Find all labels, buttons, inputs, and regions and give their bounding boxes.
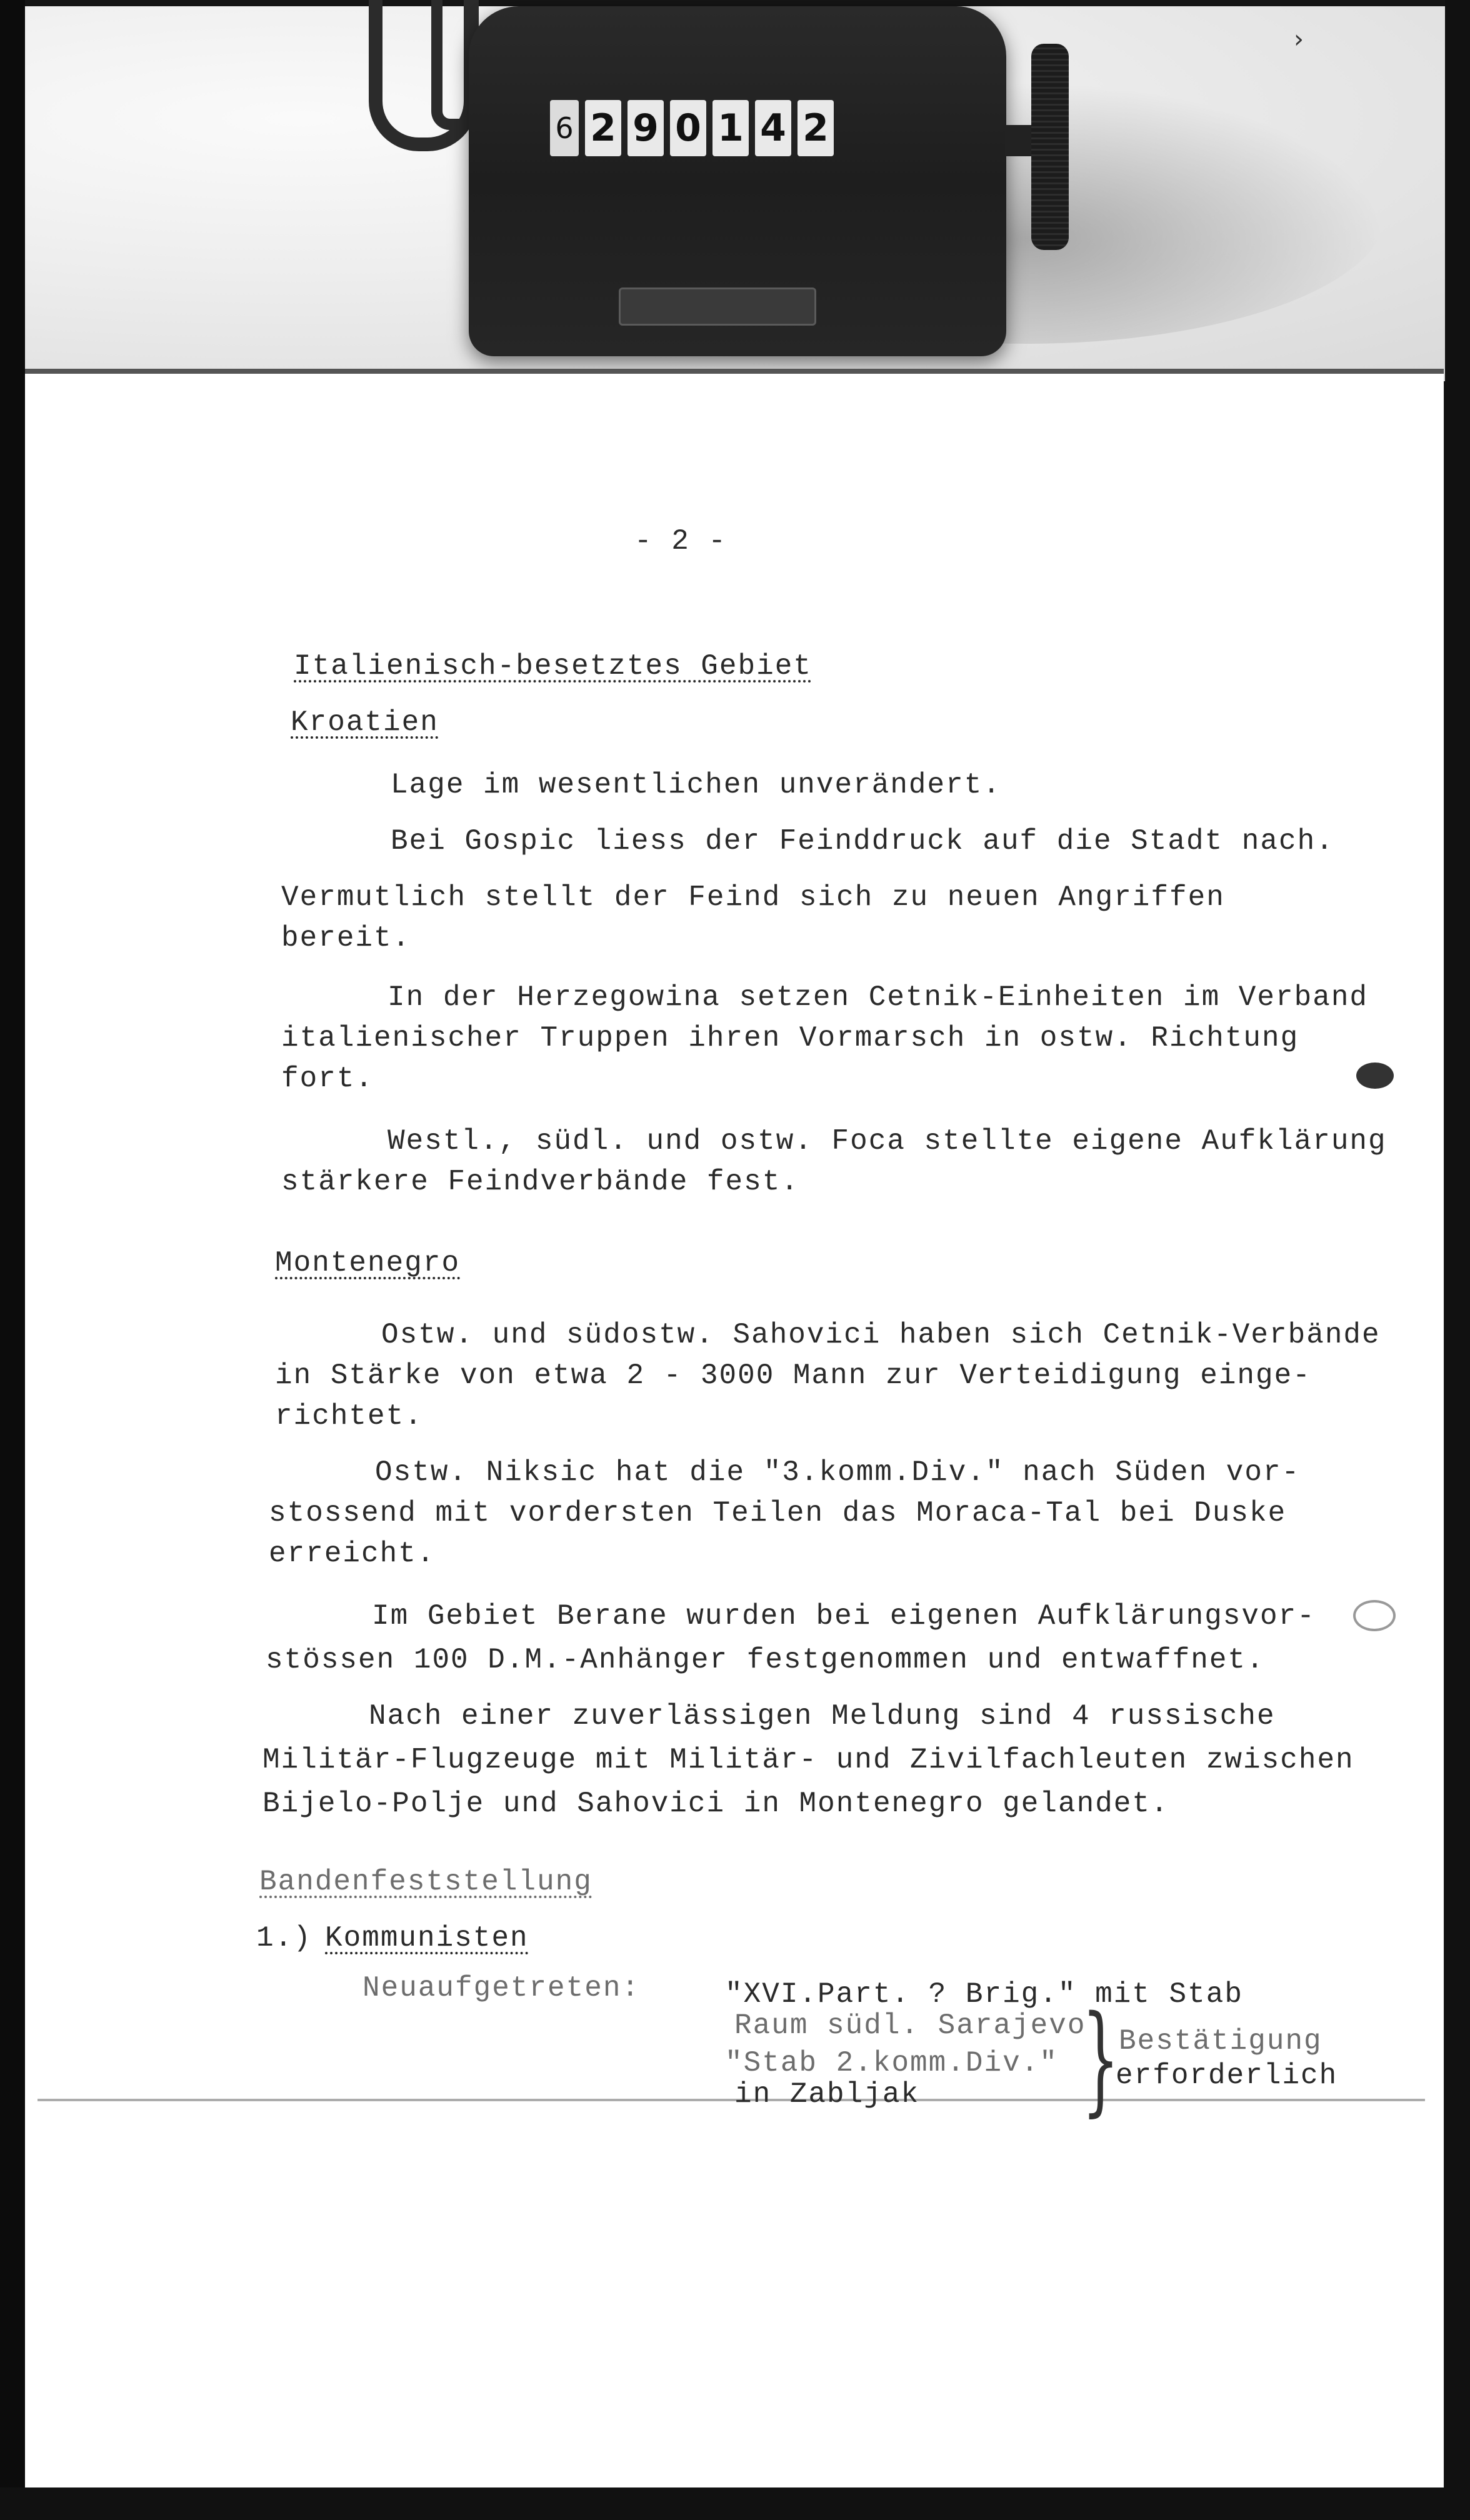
paragraph-line: Ostw. Niksic hat die "3.komm.Div." nach … (375, 1456, 1300, 1489)
curly-brace-icon: } (1082, 2000, 1120, 2119)
section-heading-bands: Bandenfeststellung (259, 1866, 592, 1898)
new-appearance-label: Neuaufgetreten: (362, 1972, 640, 2004)
paragraph-line: Westl., südl. und ostw. Foca stellte eig… (387, 1125, 1387, 1157)
typed-document: - 2 - Italienisch-besetztes Gebiet Kroat… (0, 0, 1470, 2520)
paragraph-line: Vermutlich stellt der Feind sich zu neue… (281, 881, 1225, 914)
band-entry: "XVI.Part. ? Brig." mit Stab (725, 1978, 1243, 2011)
paragraph-line: in Stärke von etwa 2 - 3000 Mann zur Ver… (275, 1359, 1311, 1392)
paragraph-line: stärkere Feindverbände fest. (281, 1166, 799, 1198)
paragraph-line: Militär-Flugzeuge mit Militär- und Zivil… (262, 1744, 1354, 1776)
subheading-kroatien: Kroatien (291, 706, 439, 739)
band-entry: in Zabljak (734, 2078, 919, 2111)
paragraph-line: In der Herzegowina setzen Cetnik-Einheit… (387, 981, 1368, 1014)
section-heading-montenegro: Montenegro (275, 1247, 460, 1279)
paragraph-line: Bijelo-Polje und Sahovici in Montenegro … (262, 1787, 1169, 1820)
page-number: - 2 - (634, 525, 727, 557)
film-edge-bottom (0, 2487, 1470, 2520)
paragraph-line: stossend mit vordersten Teilen das Morac… (269, 1497, 1286, 1529)
paragraph-line: Bei Gospic liess der Feinddruck auf die … (391, 825, 1334, 857)
paragraph-line: stössen 100 D.M.-Anhänger festgenommen u… (266, 1644, 1265, 1676)
paragraph-line: erreicht. (269, 1537, 435, 1570)
paragraph-line: Lage im wesentlichen unverändert. (391, 769, 1001, 801)
paragraph-line: italienischer Truppen ihren Vormarsch in… (281, 1022, 1299, 1054)
film-edge-right (1445, 0, 1470, 2520)
paragraph-line: Im Gebiet Berane wurden bei eigenen Aufk… (372, 1600, 1316, 1632)
paragraph-line: richtet. (275, 1400, 423, 1432)
confirmation-note: erforderlich (1116, 2059, 1337, 2092)
section-heading-italy: Italienisch-besetztes Gebiet (294, 650, 812, 682)
list-item-number: 1.) (256, 1922, 312, 1954)
list-item-label: Kommunisten (325, 1922, 529, 1954)
paragraph-line: bereit. (281, 922, 411, 954)
paragraph-line: fort. (281, 1062, 374, 1095)
band-entry: Raum südl. Sarajevo (734, 2009, 1086, 2042)
paragraph-line: Ostw. und südostw. Sahovici haben sich C… (381, 1319, 1381, 1351)
film-edge-left (0, 0, 25, 2520)
band-entry: "Stab 2.komm.Div." (725, 2047, 1058, 2079)
paragraph-line: Nach einer zuverlässigen Meldung sind 4 … (369, 1700, 1276, 1732)
confirmation-note: Bestätigung (1119, 2025, 1322, 2057)
